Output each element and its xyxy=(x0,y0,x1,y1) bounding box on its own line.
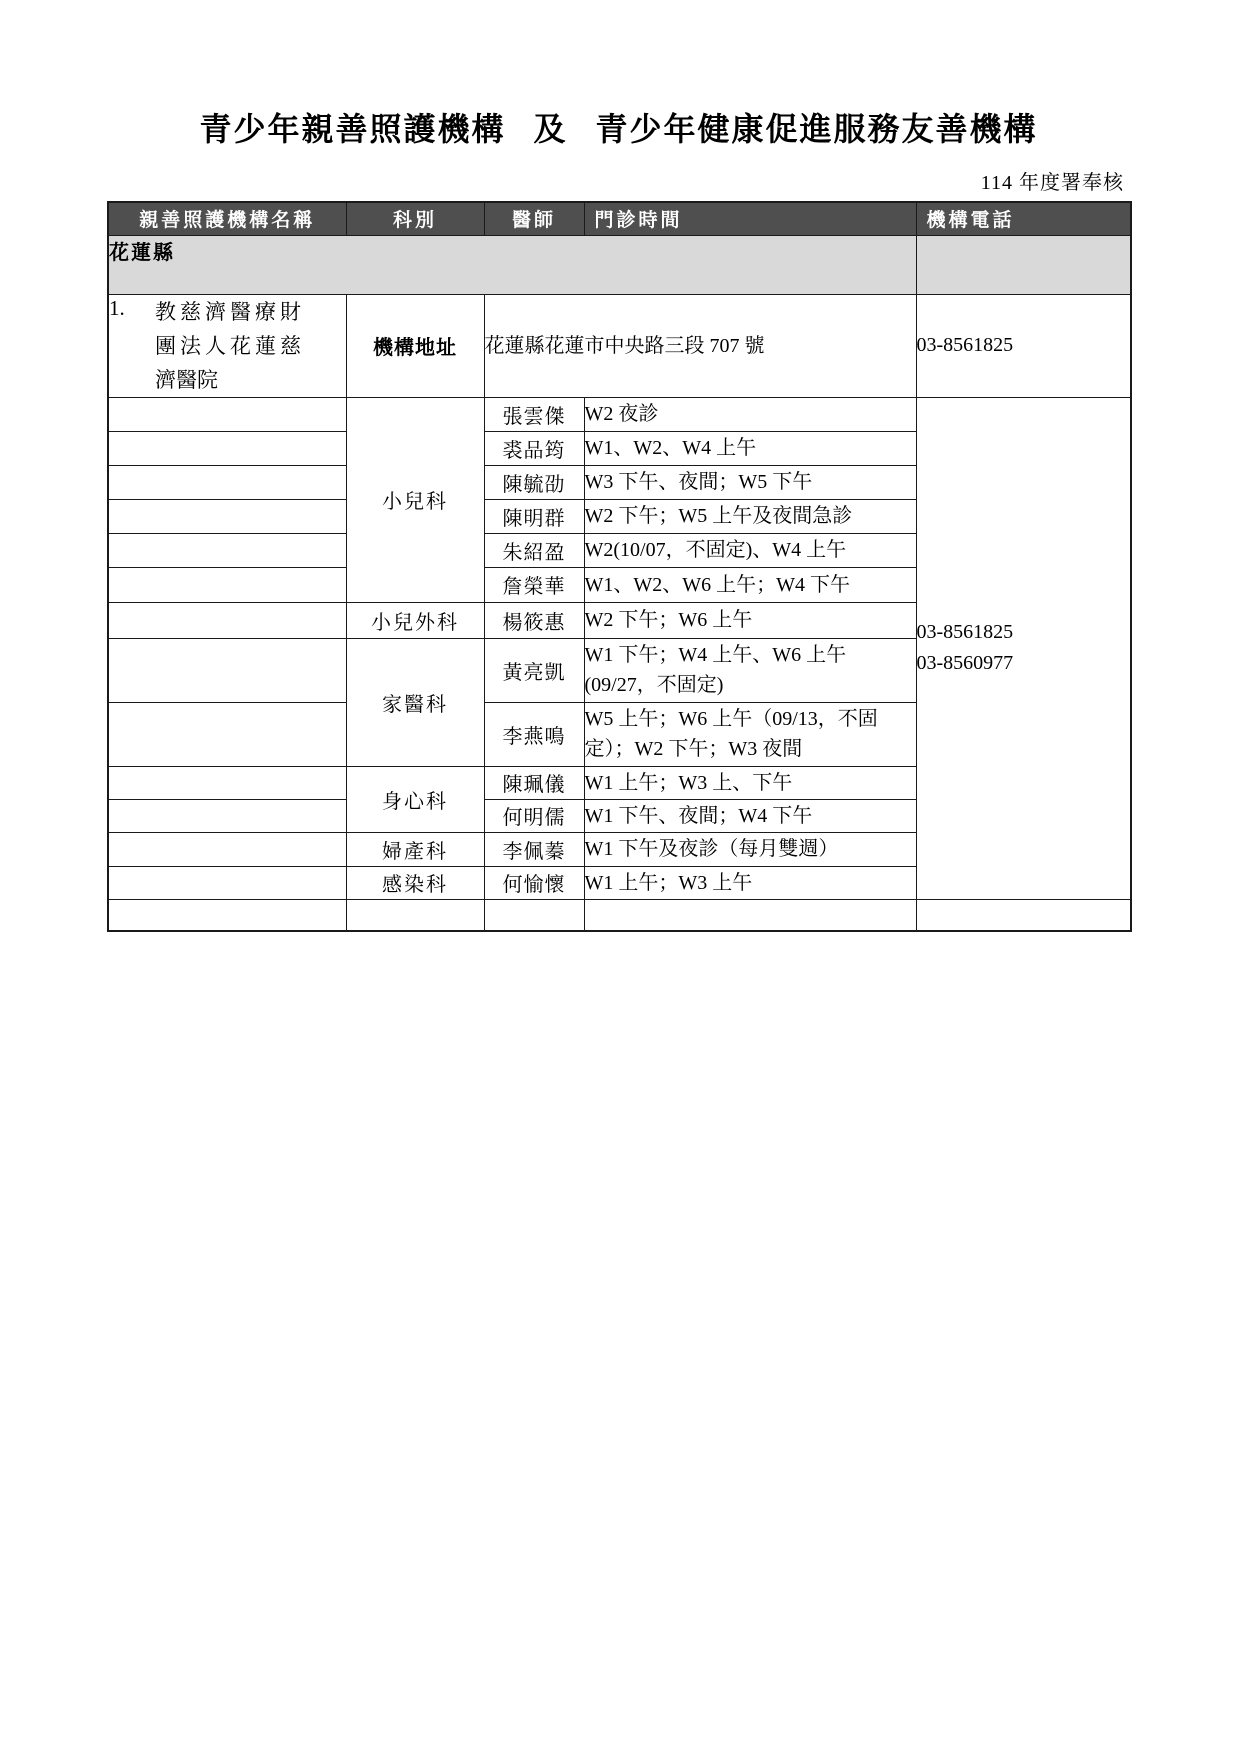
department-family-medicine: 家醫科 xyxy=(346,638,484,766)
doctor-cell: 黃亮凱 xyxy=(484,638,584,702)
county-name: 花蓮縣 xyxy=(108,235,916,294)
institutions-table: 親善照護機構名稱 科別 醫師 門診時間 機構電話 花蓮縣 1. 教慈濟醫療財團法… xyxy=(107,201,1132,932)
time-cell: W1 上午；W3 上、下午 xyxy=(584,766,916,799)
department-pediatrics: 小兒科 xyxy=(346,397,484,602)
name-cell-empty xyxy=(108,533,346,567)
time-cell: W2(10/07，不固定)、W4 上午 xyxy=(584,533,916,567)
table-row: 小兒科 張雲傑 W2 夜診 03-8561825 03-8560977 xyxy=(108,397,1131,431)
doctor-cell: 張雲傑 xyxy=(484,397,584,431)
document-content: 青少年親善照護機構 及 青少年健康促進服務友善機構 114 年度署奉核 親善照護… xyxy=(107,0,1130,932)
time-cell: W1、W2、W6 上午；W4 下午 xyxy=(584,567,916,602)
page-title: 青少年親善照護機構 及 青少年健康促進服務友善機構 xyxy=(107,0,1130,150)
department-infectious-disease: 感染科 xyxy=(346,866,484,899)
time-cell-empty xyxy=(584,899,916,931)
name-cell-empty xyxy=(108,397,346,431)
time-cell: W1 下午；W4 上午、W6 上午(09/27，不固定) xyxy=(584,638,916,702)
col-header-department: 科別 xyxy=(346,202,484,235)
time-cell: W3 下午、夜間；W5 下午 xyxy=(584,465,916,499)
county-phone-cell-empty xyxy=(916,235,1131,294)
doctor-cell: 裘品筠 xyxy=(484,431,584,465)
doctor-cell: 李燕鳴 xyxy=(484,702,584,766)
institution-name: 教慈濟醫療財團法人花蓮慈濟醫院 xyxy=(155,295,301,397)
doctor-cell: 陳毓劭 xyxy=(484,465,584,499)
institution-phone: 03-8561825 xyxy=(916,294,1131,397)
time-cell: W1、W2、W4 上午 xyxy=(584,431,916,465)
name-cell-empty xyxy=(108,832,346,866)
approval-note: 114 年度署奉核 xyxy=(107,166,1124,195)
clinic-phone-cell: 03-8561825 03-8560977 xyxy=(916,397,1131,899)
department-pediatric-surgery: 小兒外科 xyxy=(346,602,484,638)
clinic-phone-1: 03-8561825 xyxy=(917,617,1131,648)
county-section-row: 花蓮縣 xyxy=(108,235,1131,294)
col-header-institution: 親善照護機構名稱 xyxy=(108,202,346,235)
name-cell-empty xyxy=(108,899,346,931)
name-cell-empty xyxy=(108,602,346,638)
doctor-cell: 朱紹盈 xyxy=(484,533,584,567)
time-cell: W1 上午；W3 上午 xyxy=(584,866,916,899)
doctor-cell: 陳明群 xyxy=(484,499,584,533)
institution-address: 花蓮縣花蓮市中央路三段 707 號 xyxy=(484,294,916,397)
institution-name-cell: 1. 教慈濟醫療財團法人花蓮慈濟醫院 xyxy=(108,294,346,397)
document-page: 青少年親善照護機構 及 青少年健康促進服務友善機構 114 年度署奉核 親善照護… xyxy=(0,0,1241,1755)
time-cell: W2 夜診 xyxy=(584,397,916,431)
time-cell: W2 下午；W5 上午及夜間急診 xyxy=(584,499,916,533)
phone-cell-empty xyxy=(916,899,1131,931)
name-cell-empty xyxy=(108,499,346,533)
name-cell-empty xyxy=(108,431,346,465)
table-header-row: 親善照護機構名稱 科別 醫師 門診時間 機構電話 xyxy=(108,202,1131,235)
doctor-cell: 何明儒 xyxy=(484,799,584,832)
time-cell: W2 下午；W6 上午 xyxy=(584,602,916,638)
department-obgyn: 婦產科 xyxy=(346,832,484,866)
col-header-doctor: 醫師 xyxy=(484,202,584,235)
time-cell: W1 下午及夜診（每月雙週） xyxy=(584,832,916,866)
address-label: 機構地址 xyxy=(346,294,484,397)
name-cell-empty xyxy=(108,866,346,899)
doctor-cell: 李佩蓁 xyxy=(484,832,584,866)
doctor-cell: 何愉懷 xyxy=(484,866,584,899)
col-header-phone: 機構電話 xyxy=(916,202,1131,235)
empty-bottom-row xyxy=(108,899,1131,931)
address-row: 1. 教慈濟醫療財團法人花蓮慈濟醫院 機構地址 花蓮縣花蓮市中央路三段 707 … xyxy=(108,294,1131,397)
doctor-cell: 詹榮華 xyxy=(484,567,584,602)
time-cell: W5 上午；W6 上午（09/13，不固定）；W2 下午；W3 夜間 xyxy=(584,702,916,766)
time-cell: W1 下午、夜間；W4 下午 xyxy=(584,799,916,832)
dept-cell-empty xyxy=(346,899,484,931)
doctor-cell: 陳珮儀 xyxy=(484,766,584,799)
institution-index: 1. xyxy=(109,295,155,397)
name-cell-empty xyxy=(108,567,346,602)
col-header-clinic-hours: 門診時間 xyxy=(584,202,916,235)
name-cell-empty xyxy=(108,766,346,799)
department-psychosomatic: 身心科 xyxy=(346,766,484,832)
clinic-phone-2: 03-8560977 xyxy=(917,648,1131,679)
name-cell-empty xyxy=(108,465,346,499)
doctor-cell: 楊筱惠 xyxy=(484,602,584,638)
doctor-cell-empty xyxy=(484,899,584,931)
name-cell-empty xyxy=(108,702,346,766)
name-cell-empty xyxy=(108,638,346,702)
name-cell-empty xyxy=(108,799,346,832)
